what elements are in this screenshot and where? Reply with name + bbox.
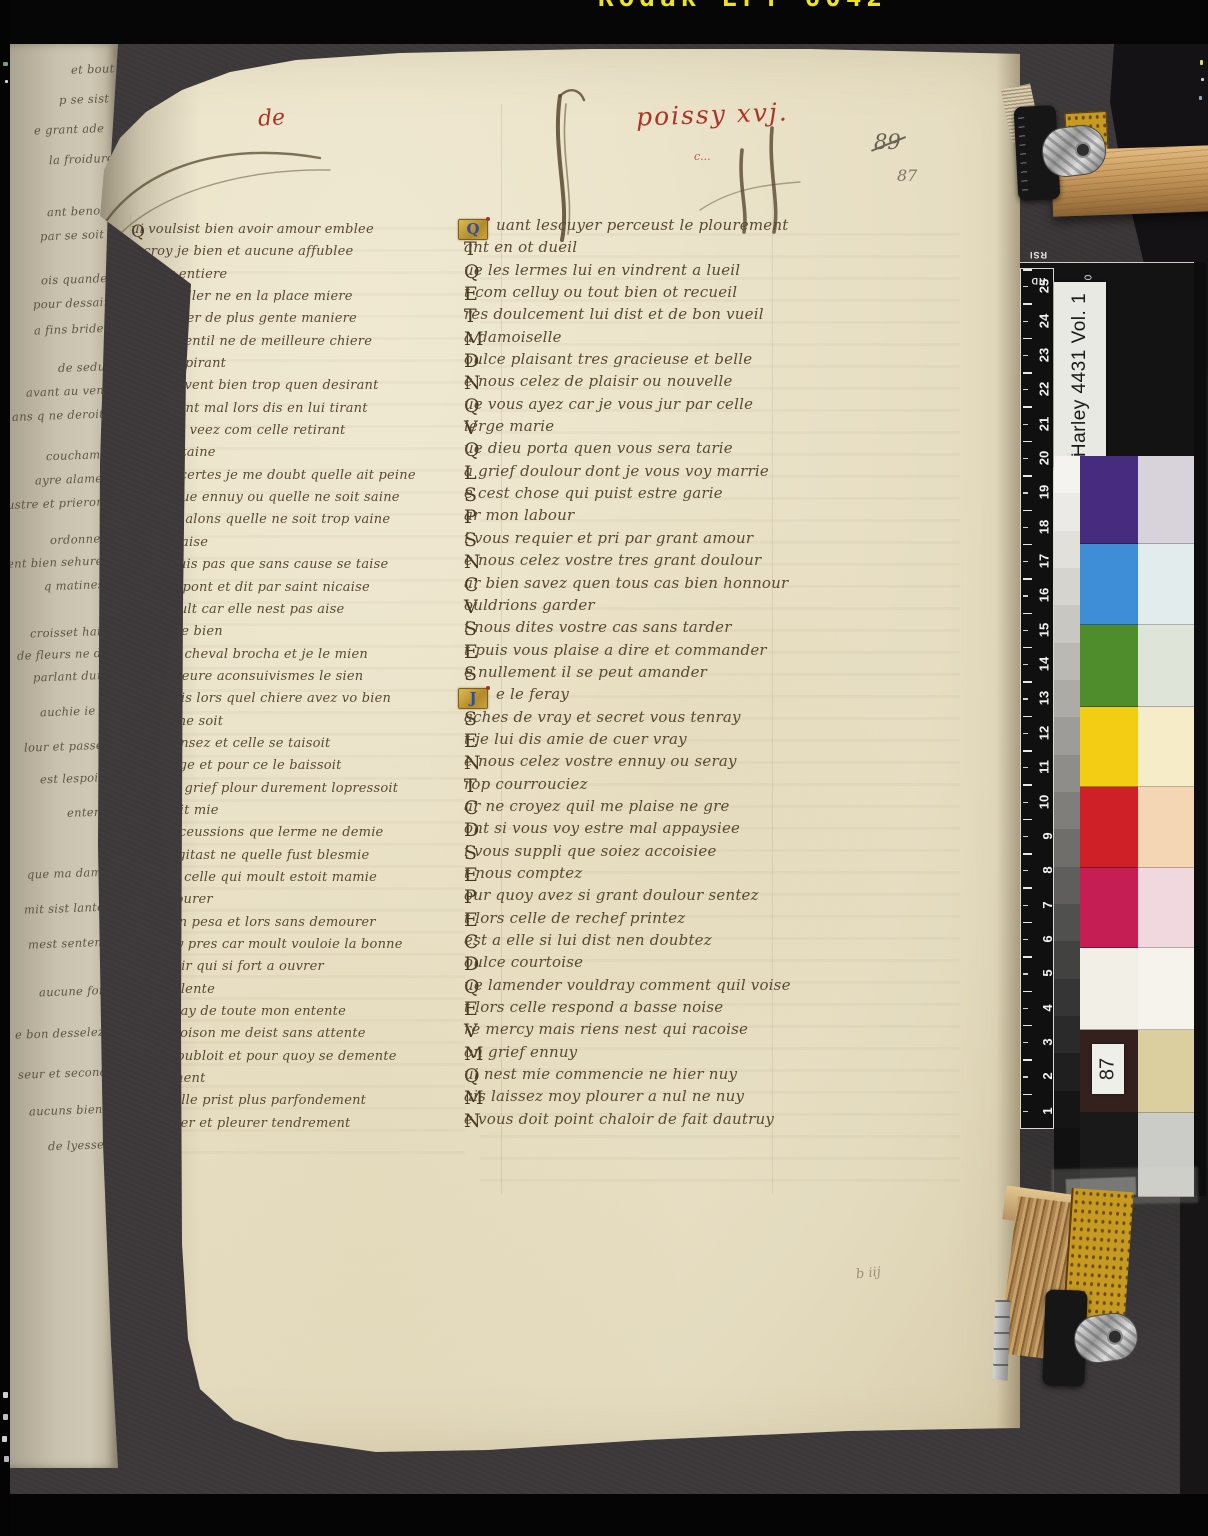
verse-line: Ne vous doit point chaloir de fait dautr…	[464, 1110, 984, 1132]
ruler-number: 1	[1040, 1107, 1055, 1114]
verse-line: Ne nous celez vostre tres grant doulour	[464, 551, 984, 573]
verse-text: ue dieu porta quen vous sera tarie	[464, 439, 733, 457]
verse-text: i vous suppli que soiez accoisiee	[464, 842, 717, 860]
tint-patch-crimson	[1138, 868, 1194, 948]
gray-step	[1054, 755, 1080, 792]
verse-text: ar bien savez quen tous cas bien honnour	[464, 574, 788, 592]
running-header-left: de	[257, 105, 286, 132]
verse-text: e nous celez de plaisir ou nouvelle	[464, 372, 733, 390]
verse-text: ui nest mie commencie ne hier nuy	[464, 1065, 737, 1083]
verse-line: Doulce courtoise	[464, 953, 984, 975]
verse-text: e croy je bien et aucune affublee	[131, 244, 353, 259]
ruler-segment: 8	[1021, 853, 1053, 887]
verse-text: t je lui dis amie de cuer vray	[464, 730, 687, 748]
film-edge-dot	[1199, 96, 1202, 100]
verse-line: Et je lui dis amie de cuer vray	[464, 730, 984, 752]
tint-patch-purple	[1138, 456, 1194, 544]
verse-line: Doulce plaisant tres gracieuse et belle	[464, 350, 984, 372]
verse-text: rop courrouciez	[464, 775, 588, 793]
patch-row	[1080, 544, 1194, 625]
verse-text: est a elle si lui dist nen doubtez	[464, 931, 712, 949]
tint-patch-green	[1138, 625, 1194, 707]
chart-folio-label: 87	[1092, 1044, 1124, 1094]
gray-step	[1054, 680, 1080, 717]
verse-line: Saches de vray et secret vous tenray	[464, 708, 984, 730]
ruler-segment: 4	[1021, 991, 1053, 1025]
illuminated-initial: Q	[458, 219, 488, 240]
verse-line: Que lachoison me deist sans attente	[131, 1026, 471, 1048]
color-patch-yellow	[1080, 707, 1138, 787]
verse-line-with-initial: Quant lescuyer perceust le plourement	[464, 216, 984, 238]
ruler-number: 17	[1036, 554, 1051, 568]
ruler-number: 15	[1036, 623, 1051, 637]
verse-text: ont si vous voy estre mal appaysiee	[464, 819, 740, 837]
ruler-number: 10	[1036, 794, 1051, 808]
ruler-number: 19	[1036, 485, 1051, 499]
shelfmark-label: Harley 4431 Vol. 1	[1054, 282, 1106, 468]
verse-text: ue vous ayez car je vous jur par celle	[464, 395, 753, 413]
verse-line: Dont si vous voy estre mal appaysiee	[464, 819, 984, 841]
facing-text-fragment: p se sist	[59, 91, 119, 107]
verse-text: i nous dites vostre cas sans tarder	[464, 618, 732, 636]
photo-stage: et boutp se siste grant adela froidurean…	[0, 0, 1208, 1536]
verse-line: Ma damoiselle	[464, 328, 984, 350]
verse-line: Vierge marie	[464, 417, 984, 439]
chart-right-border	[1194, 262, 1206, 1196]
tint-patch-white	[1138, 948, 1194, 1030]
patch-row	[1080, 787, 1194, 868]
folio-number: 87	[897, 166, 917, 185]
tint-patch-blue	[1138, 544, 1194, 625]
verse-text: a grief doulour dont je vous voy marrie	[464, 462, 769, 480]
film-edge-dot	[4, 1456, 9, 1462]
verse-line: Pour quoy avez si grant doulour sentez	[464, 886, 984, 908]
verse-text: uant lescuyer perceust le plourement	[496, 216, 788, 234]
patch-row	[1080, 625, 1194, 707]
ruler-segment: 22	[1021, 372, 1053, 406]
gray-step	[1054, 904, 1080, 941]
verse-text: ue lamender vouldray comment quil voise	[464, 976, 791, 994]
color-patch-red	[1080, 787, 1138, 868]
ruler-number: 7	[1040, 901, 1055, 908]
verse-line: Et nous comptez	[464, 864, 984, 886]
tint-patch-brown	[1138, 1030, 1194, 1113]
verse-text: e vous doit point chaloir de fait dautru…	[464, 1110, 774, 1128]
verse-text: our quoy avez si grant doulour sentez	[464, 886, 759, 904]
gray-step	[1054, 1091, 1080, 1128]
ruler-segment: 23	[1021, 338, 1053, 372]
patch-row	[1080, 868, 1194, 948]
verse-line: Et quant celle qui moult estoit mamie	[131, 870, 471, 892]
verse-text: t lors celle de rechef printez	[464, 909, 685, 927]
verse-line: Et puis vous plaise a dire et commander	[464, 641, 984, 663]
ruler-segment: 11	[1021, 750, 1053, 784]
verse-line: Si lui priay de toute mon entente	[131, 1004, 471, 1026]
frame-bar-left	[0, 0, 10, 1536]
verse-line: Mais laissez moy plourer a nul ne nuy	[464, 1087, 984, 1109]
ruler-segment: 14	[1021, 647, 1053, 681]
gray-step	[1054, 792, 1080, 829]
facing-text-fragment: et bout	[70, 61, 118, 77]
ruler-segment: 1	[1021, 1094, 1053, 1128]
verse-line: Si vous requier et pri par grant amour	[464, 529, 984, 551]
color-patch-crimson	[1080, 868, 1138, 948]
verse-line: Tant en ot dueil	[464, 238, 984, 260]
ruler-segment: 19	[1021, 475, 1053, 509]
verse-text: ant en ot dueil	[464, 238, 577, 256]
verse-line: Asouspirer et pleurer tendrement	[131, 1116, 471, 1138]
verse-line: Qui voulsist bien avoir amour emblee	[131, 222, 471, 244]
ruler-number: 16	[1036, 588, 1051, 602]
verse-line: Que les lermes lui en vindrent a lueil	[464, 261, 984, 283]
verse-line: Que dieu porta quen vous sera tarie	[464, 439, 984, 461]
film-rebate-bar: Kodak EPT 6042	[0, 0, 1208, 44]
ruler-segment: 17	[1021, 544, 1053, 578]
verse-line: Tres doulcement lui dist et de bon vueil	[464, 305, 984, 327]
illuminated-initial: J	[458, 688, 488, 709]
verse-text: ar mon labour	[464, 506, 574, 524]
facing-text-fragment: e grant ade	[34, 121, 119, 138]
verse-text: ierge marie	[464, 417, 554, 435]
chart-folio-text: 87	[1097, 1058, 1120, 1080]
frame-bar-bottom	[0, 1494, 1208, 1536]
verse-text: t nous comptez	[464, 864, 582, 882]
ruler-segment: 12	[1021, 716, 1053, 750]
tint-patch-red	[1138, 787, 1194, 868]
ruler-segment: 6	[1021, 922, 1053, 956]
verse-line: Car ne croyez quil me plaise ne gre	[464, 797, 984, 819]
verse-line: Men tiray pres car moult vouloie la bonn…	[131, 937, 471, 959]
verse-text: t puis vous plaise a dire et commander	[464, 641, 767, 659]
ruler-number: 4	[1040, 1004, 1055, 1011]
ruler-number: 3	[1040, 1038, 1055, 1045]
ruler-number: 11	[1037, 760, 1052, 774]
folio-number-struck: 89	[874, 130, 901, 154]
film-edge-dot	[3, 1392, 8, 1398]
gray-step	[1054, 717, 1080, 754]
running-header-right: poissy xvj.	[636, 97, 790, 131]
verse-text: e le feray	[496, 685, 569, 703]
ruler-number: 6	[1040, 935, 1055, 942]
gray-step	[1054, 456, 1080, 493]
verse-text: e nous celez vostre tres grant doulour	[464, 551, 761, 569]
verse-line: Et lors celle de rechef printez	[464, 909, 984, 931]
ruler-number: 12	[1036, 726, 1051, 740]
color-patch-green	[1080, 625, 1138, 707]
quire-signature: b iij	[855, 1265, 881, 1283]
verse-text: a damoiselle	[464, 328, 562, 346]
manuscript-page: de poissy xvj. c... 89 87 Qui voulsist b…	[90, 44, 1022, 1458]
patch-row	[1080, 948, 1194, 1030]
verse-text: ais laissez moy plourer a nul ne nuy	[464, 1087, 744, 1105]
ruler-caption: RD RSI	[1022, 268, 1054, 294]
verse-text: ar ne croyez quil me plaise ne gre	[464, 797, 730, 815]
ruler-number: 22	[1036, 382, 1051, 396]
verse-line: Est la dolente	[131, 982, 471, 1004]
ruler-number: 8	[1040, 867, 1055, 874]
ruler-number: 14	[1036, 657, 1051, 671]
metal-strip	[993, 1300, 1011, 1380]
ruler-segment: 16	[1021, 578, 1053, 612]
verse-line: Ne nous celez de plaisir ou nouvelle	[464, 372, 984, 394]
verse-text: on grief ennuy	[464, 1043, 577, 1061]
verse-line: Que vous ayez car je vous jur par celle	[464, 395, 984, 417]
verse-text: t com celluy ou tout bien ot recueil	[464, 283, 737, 301]
tint-patch-yellow	[1138, 707, 1194, 787]
verse-text: re mercy mais riens nest qui racoise	[464, 1020, 748, 1038]
verse-line: Quapperceussions que lerme ne demie	[131, 825, 471, 847]
ruler-number: 21	[1036, 416, 1051, 430]
film-edge-dot	[3, 62, 8, 66]
verse-line: Trop men pesa et lors sans demourer	[131, 915, 471, 937]
film-edge-dot	[1201, 78, 1204, 81]
gray-step	[1054, 941, 1080, 978]
chart-zero-mark: 0	[1083, 275, 1094, 281]
verse-text: e nous celez vostre ennuy ou seray	[464, 752, 737, 770]
verse-line: Cest a elle si lui dist nen doubtez	[464, 931, 984, 953]
gray-step	[1054, 605, 1080, 642]
verse-line: Adont celle prist plus parfondement	[131, 1093, 471, 1115]
ruler-number: 24	[1036, 313, 1051, 327]
verse-text: e cest chose qui puist estre garie	[464, 484, 723, 502]
patch-row	[1080, 456, 1194, 544]
verse-line: Je vy plourer	[131, 892, 471, 914]
ruler-segment: 20	[1021, 441, 1053, 475]
verse-line: Qui nest mie commencie ne hier nuy	[464, 1065, 984, 1087]
ruler-segment: 15	[1021, 613, 1053, 647]
gray-step	[1054, 531, 1080, 568]
gray-step	[1054, 1016, 1080, 1053]
verse-line: Ace savoir qui si fort a ouvrer	[131, 959, 471, 981]
verse-text: aches de vray et secret vous tenray	[464, 708, 741, 726]
ruler-segment: 3	[1021, 1025, 1053, 1059]
ruler-number: 9	[1040, 832, 1055, 839]
film-edge-dot	[3, 1414, 8, 1420]
verse-text: res doulcement lui dist et de bon vueil	[464, 305, 764, 323]
verse-line-with-initial: Je le feray	[464, 685, 984, 707]
ruler-segment: 21	[1021, 406, 1053, 440]
verse-line: Si durement	[131, 1071, 471, 1093]
facing-text-fragment: par se soit	[40, 227, 119, 244]
color-patch-purple	[1080, 456, 1138, 544]
verse-line: Qui la troubloit et pour quoy se demente	[131, 1049, 471, 1071]
verse-text: ue les lermes lui en vindrent a lueil	[464, 261, 740, 279]
verse-text: ouldrions garder	[464, 596, 595, 614]
verse-line: Se cest chose qui puist estre garie	[464, 484, 984, 506]
ruler-segment: 24	[1021, 303, 1053, 337]
film-edge-dot	[1200, 60, 1203, 65]
verse-text: oulce courtoise	[464, 953, 583, 971]
verse-line: Si vous suppli que soiez accoisiee	[464, 842, 984, 864]
verse-line: Mon grief ennuy	[464, 1043, 984, 1065]
film-edge-dot	[5, 80, 8, 83]
verse-line: La grief doulour dont je vous voy marrie	[464, 462, 984, 484]
ruler-segment: 18	[1021, 510, 1053, 544]
verse-line: Et lors celle respond a basse noise	[464, 998, 984, 1020]
ruler-number: 23	[1036, 348, 1051, 362]
verse-line: Car bien savez quen tous cas bien honnou…	[464, 574, 984, 596]
verse-text: e nullement il se peut amander	[464, 663, 707, 681]
ruler-number: 13	[1036, 691, 1051, 705]
ruler-segment: 13	[1021, 681, 1053, 715]
patch-row	[1080, 707, 1194, 787]
verse-line: Ne nous celez vostre ennuy ou seray	[464, 752, 984, 774]
verse-line: Que lamender vouldray comment quil voise	[464, 976, 984, 998]
verse-line: Se nullement il se peut amander	[464, 663, 984, 685]
rubric-mark: c...	[694, 150, 711, 163]
verse-line: Si nous dites vostre cas sans tarder	[464, 618, 984, 640]
gray-step	[1054, 493, 1080, 530]
verse-line: Vre mercy mais riens nest qui racoise	[464, 1020, 984, 1042]
ruler-segment: 9	[1021, 819, 1053, 853]
chart-ruler: 2524232221201918171615141312111098765432…	[1020, 268, 1054, 1129]
ruler-number: 20	[1036, 451, 1051, 465]
grayscale-wedge	[1054, 456, 1080, 1128]
ruler-number: 2	[1040, 1073, 1055, 1080]
verse-text: ui voulsist bien avoir amour emblee	[131, 222, 374, 237]
verse-line: Vouldrions garder	[464, 596, 984, 618]
verse-text: oulce plaisant tres gracieuse et belle	[464, 350, 752, 368]
verse-line: De lueil gitast ne quelle fust blesmie	[131, 848, 471, 870]
verse-line: Trop courrouciez	[464, 775, 984, 797]
film-stock-label: Kodak EPT 6042	[598, 0, 887, 13]
gray-step	[1054, 829, 1080, 866]
color-patch-white	[1080, 948, 1138, 1030]
gray-step	[1054, 643, 1080, 680]
ruler-number: 5	[1040, 970, 1055, 977]
gray-step	[1054, 979, 1080, 1016]
verse-text: t lors celle respond a basse noise	[464, 998, 723, 1016]
gray-step	[1054, 867, 1080, 904]
ruler-number: 18	[1036, 519, 1051, 533]
verse-line: Se croy je bien et aucune affublee	[131, 244, 471, 266]
ruler-segment: 10	[1021, 784, 1053, 818]
color-patch-blue	[1080, 544, 1138, 625]
gray-step	[1054, 1053, 1080, 1090]
ruler-segment: 7	[1021, 887, 1053, 921]
gray-step	[1054, 568, 1080, 605]
ruler-segment: 2	[1021, 1059, 1053, 1093]
verse-text: i vous requier et pri par grant amour	[464, 529, 753, 547]
verse-line: Par mon labour	[464, 506, 984, 528]
shelfmark-text: Harley 4431 Vol. 1	[1069, 293, 1091, 457]
film-edge-dot	[2, 1436, 7, 1442]
ruler-segment: 5	[1021, 956, 1053, 990]
text-column-right: Quant lescuyer perceust le plourementTan…	[464, 216, 984, 1132]
verse-line: Et com celluy ou tout bien ot recueil	[464, 283, 984, 305]
